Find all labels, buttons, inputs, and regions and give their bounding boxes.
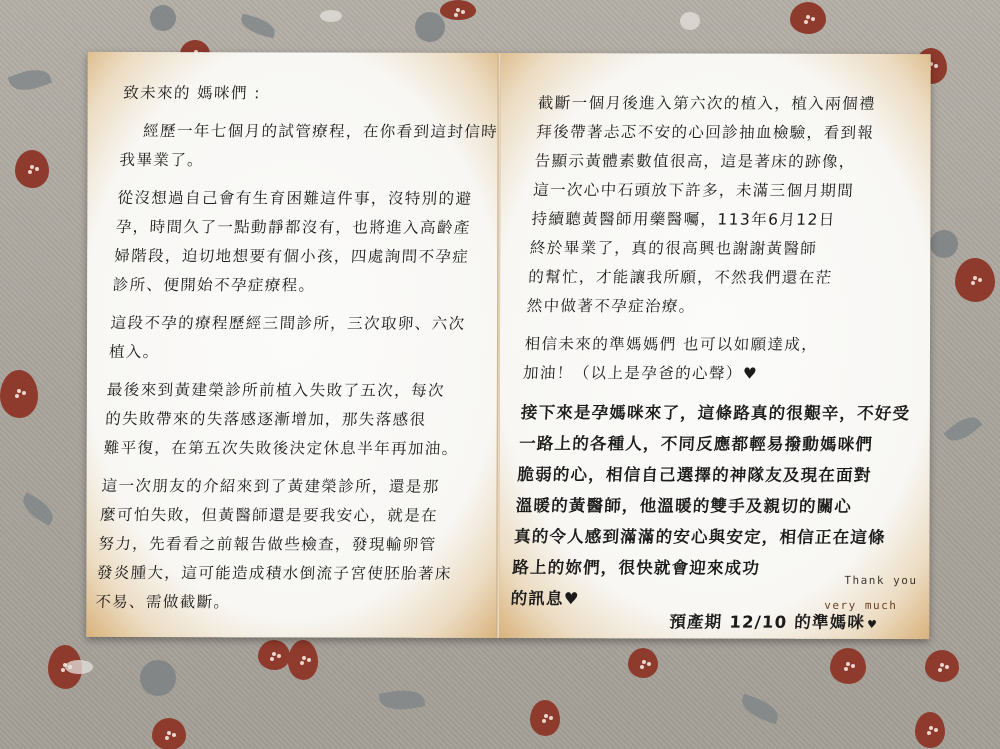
berry-motif — [288, 640, 318, 680]
text-line: 持續聽黃醫師用藥醫囑，113年6月12日 — [531, 205, 928, 235]
text-line: 植入。 — [108, 338, 482, 368]
paragraph-background: 從沒想過自己會有生育困難這件事，沒特別的避 孕，時間久了一點動靜都沒有，也將進入… — [112, 184, 490, 301]
text-line: 這段不孕的療程歷經三間診所，三次取卵、六次 — [110, 309, 484, 339]
berry-motif — [628, 648, 658, 678]
paragraph-success: 截斷一個月後進入第六次的植入，植入兩個禮 拜後帶著忐忑不安的心回診抽血檢驗，看到… — [526, 89, 931, 322]
petal-motif — [680, 12, 700, 30]
thank-you-note: Thank you — [844, 574, 917, 587]
text-line: 終於畢業了，真的很高興也謝謝黃醫師 — [529, 234, 926, 264]
paragraph-dad-message: 相信未來的準媽媽們 也可以如願達成， 加油！（以上是孕爸的心聲）♥ — [522, 330, 920, 389]
text-line: 不易、需做截斷。 — [94, 588, 468, 618]
text-line: 孕，時間久了一點動靜都沒有，也將進入高齡產 — [115, 213, 489, 243]
text-line: 經歷一年七個月的試管療程，在你看到這封信時 — [120, 117, 494, 147]
text-line: 接下來是孕媽咪來了，這條路真的很艱辛，不好受 — [520, 397, 917, 429]
berry-motif — [15, 150, 49, 188]
text-line: 這一次心中石頭放下許多，未滿三個月期間 — [532, 176, 929, 206]
leaf-motif — [379, 686, 426, 713]
berry-motif — [915, 712, 945, 748]
berry-motif — [925, 650, 959, 682]
text-line: 截斷一個月後進入第六次的植入，植入兩個禮 — [537, 89, 931, 119]
greeting: 致未來的 媽咪們 : — [122, 79, 496, 109]
text-line: 拜後帶著忐忑不安的心回診抽血檢驗，看到報 — [535, 118, 930, 148]
signature: 預產期 12/10 的準媽咪♥ — [668, 606, 910, 639]
text-line: 發炎腫大，這可能造成積水倒流子宮使胚胎著床 — [96, 559, 470, 589]
text-line: 相信未來的準媽媽們 也可以如願達成， — [524, 330, 921, 360]
greeting-line: 致未來的 媽咪們 : — [122, 79, 496, 109]
signature-text: 預產期 12/10 的準媽咪 — [669, 612, 866, 632]
berry-motif — [830, 648, 866, 684]
paragraph-intro: 經歷一年七個月的試管療程，在你看到這封信時 我畢業了。 — [119, 117, 494, 176]
text-line: 然中做著不孕症治療。 — [526, 292, 923, 322]
text-line: 的失敗帶來的失落感逐漸增加，那失落感很 — [104, 405, 478, 435]
left-page-text: 致未來的 媽咪們 : 經歷一年七個月的試管療程，在你看到這封信時 我畢業了。 從… — [94, 79, 496, 627]
text-line: 真的令人感到滿滿的安心與安定，相信正在這條 — [513, 521, 910, 553]
berry-motif — [440, 0, 476, 20]
text-line: 加油！（以上是孕爸的心聲）♥ — [522, 359, 919, 389]
text-line: 這一次朋友的介紹來到了黃建榮診所，還是那 — [101, 472, 475, 502]
text-line: 婦階段，迫切地想要有個小孩，四處詢問不孕症 — [113, 242, 487, 272]
text-line: 麼可怕失敗，但黃醫師還是要我安心，就是在 — [99, 501, 473, 531]
leaf-motif — [943, 411, 982, 448]
flower-motif — [415, 12, 445, 42]
berry-motif — [0, 370, 38, 418]
text-line: 脆弱的心，相信自己選擇的神隊友及現在面對 — [517, 459, 914, 491]
text-line: 告顯示黃體素數值很高，這是著床的跡像， — [534, 147, 931, 177]
card-right-page: 截斷一個月後進入第六次的植入，植入兩個禮 拜後帶著忐忑不安的心回診抽血檢驗，看到… — [499, 53, 931, 639]
card-left-page: 致未來的 媽咪們 : 經歷一年七個月的試管療程，在你看到這封信時 我畢業了。 從… — [86, 52, 501, 638]
right-page-text: 截斷一個月後進入第六次的植入，植入兩個禮 拜後帶著忐忑不安的心回診抽血檢驗，看到… — [509, 89, 930, 624]
text-line: 我畢業了。 — [119, 146, 493, 176]
text-line: 溫暖的黃醫師，他溫暖的雙手及親切的關心 — [515, 490, 912, 522]
flower-motif — [140, 660, 176, 696]
leaf-motif — [18, 492, 58, 526]
text-line: 難平復，在第五次失敗後決定休息半年再加油。 — [103, 434, 477, 464]
berry-motif — [152, 718, 186, 749]
berry-motif — [530, 700, 560, 736]
berry-motif — [790, 2, 826, 34]
paragraph-failures: 最後來到黃建榮診所前植入失敗了五次，每次 的失敗帶來的失落感逐漸增加，那失落感很… — [103, 376, 480, 464]
berry-motif — [955, 258, 995, 302]
petal-motif — [65, 660, 93, 674]
paragraph-treatment-history: 這段不孕的療程歷經三間診所，三次取卵、六次 植入。 — [108, 309, 483, 368]
flower-motif — [930, 230, 958, 258]
text-line: 最後來到黃建榮診所前植入失敗了五次，每次 — [106, 376, 480, 406]
leaf-motif — [738, 694, 782, 725]
text-line: 的幫忙，才能讓我所願，不然我們還在茫 — [527, 263, 924, 293]
petal-motif — [320, 10, 342, 22]
handwritten-card: 致未來的 媽咪們 : 經歷一年七個月的試管療程，在你看到這封信時 我畢業了。 從… — [86, 52, 931, 639]
text-line: 診所、便開始不孕症療程。 — [112, 271, 486, 301]
text-line: 從沒想過自己會有生育困難這件事，沒特別的避 — [117, 184, 491, 214]
leaf-motif — [8, 64, 52, 96]
paragraph-new-clinic: 這一次朋友的介紹來到了黃建榮診所，還是那 麼可怕失敗，但黃醫師還是要我安心，就是… — [94, 472, 474, 618]
leaf-motif — [239, 14, 278, 39]
text-line: 努力，先看看之前報告做些檢查，發現輸卵管 — [98, 530, 472, 560]
berry-motif — [258, 640, 290, 670]
flower-motif — [150, 5, 176, 31]
heart-icon: ♥ — [867, 618, 879, 631]
text-line: 一路上的各種人，不同反應都輕易撥動媽咪們 — [518, 428, 915, 460]
